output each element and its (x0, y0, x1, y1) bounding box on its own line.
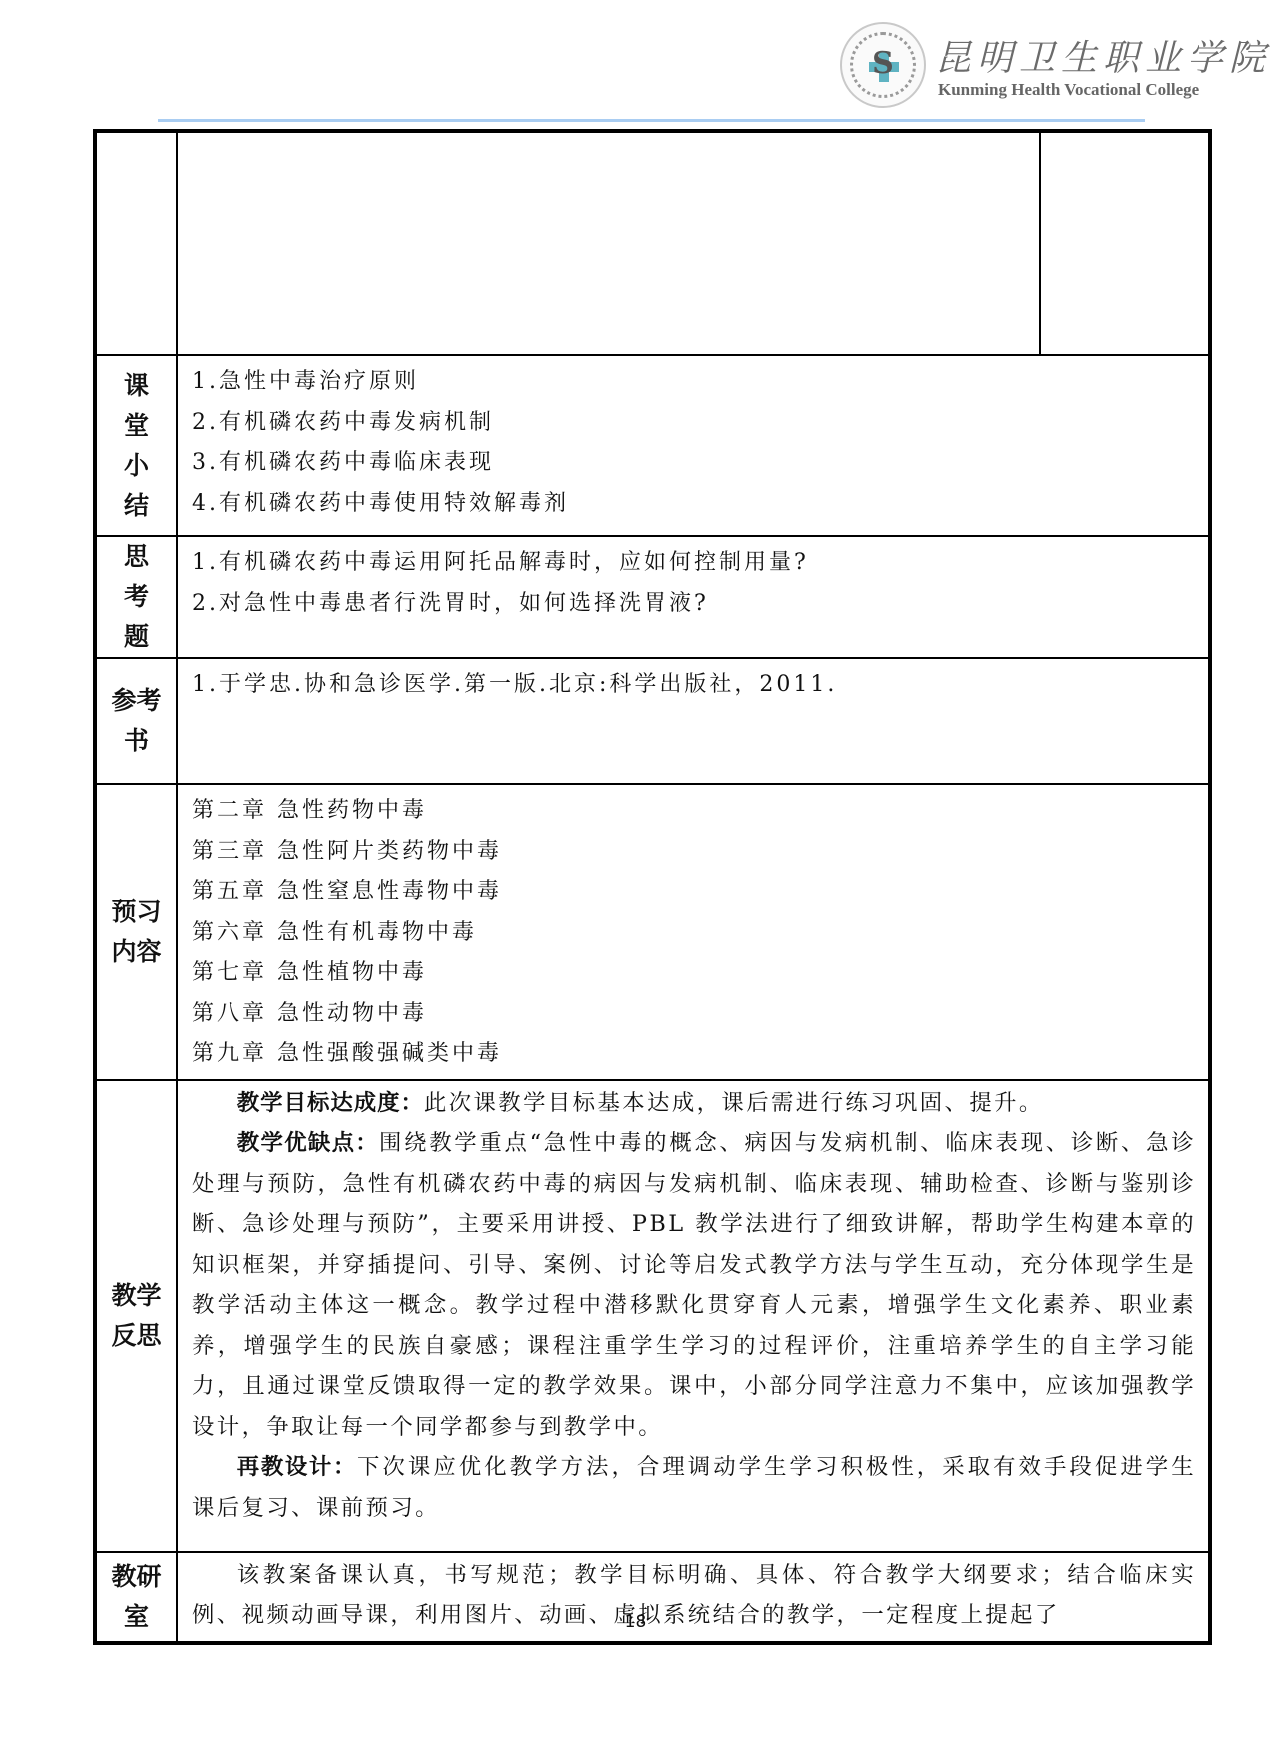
serpent-icon: S (842, 46, 924, 81)
table-row-preview: 预习 内容 第二章 急性药物中毒 第三章 急性阿片类药物中毒 第五章 急性窒息性… (95, 784, 1210, 1080)
paragraph-goal-achievement: 教学目标达成度：此次课教学目标基本达成，课后需进行练习巩固、提升。 (192, 1083, 1196, 1124)
row-content-summary: 1.急性中毒治疗原则 2.有机磷农药中毒发病机制 3.有机磷农药中毒临床表现 4… (177, 355, 1210, 536)
row-content-preview: 第二章 急性药物中毒 第三章 急性阿片类药物中毒 第五章 急性窒息性毒物中毒 第… (177, 784, 1210, 1080)
college-name-cn: 昆明卫生职业学院 (935, 30, 1271, 81)
list-item: 第九章 急性强酸强碱类中毒 (192, 1034, 1196, 1075)
table-row-reflection: 教学 反思 教学目标达成度：此次课教学目标基本达成，课后需进行练习巩固、提升。 … (95, 1080, 1210, 1552)
row-label-summary: 课 堂 小 结 (95, 355, 177, 536)
paragraph-strengths-weaknesses: 教学优缺点：围绕教学重点“急性中毒的概念、病因与发病机制、临床表现、诊断、急诊处… (192, 1123, 1196, 1447)
row-content-questions: 1.有机磷农药中毒运用阿托品解毒时，应如何控制用量? 2.对急性中毒患者行洗胃时… (177, 536, 1210, 658)
paragraph-heading: 教学目标达成度： (237, 1090, 424, 1116)
paragraph-heading: 再教设计： (237, 1454, 357, 1480)
row-content-reflection: 教学目标达成度：此次课教学目标基本达成，课后需进行练习巩固、提升。 教学优缺点：… (177, 1080, 1210, 1552)
college-name-en: Kunming Health Vocational College (938, 80, 1199, 100)
page-number: 18 (0, 1612, 1271, 1632)
college-emblem-icon: S (840, 22, 926, 108)
list-item: 2.有机磷农药中毒发病机制 (192, 403, 1196, 444)
row-label-questions: 思 考 题 (95, 536, 177, 658)
list-item: 1.于学忠.协和急诊医学.第一版.北京:科学出版社，2011. (192, 665, 1196, 706)
table-row-questions: 思 考 题 1.有机磷农药中毒运用阿托品解毒时，应如何控制用量? 2.对急性中毒… (95, 536, 1210, 658)
table-row-summary: 课 堂 小 结 1.急性中毒治疗原则 2.有机磷农药中毒发病机制 3.有机磷农药… (95, 355, 1210, 536)
list-item: 2.对急性中毒患者行洗胃时，如何选择洗胃液? (192, 584, 1196, 625)
list-item: 第二章 急性药物中毒 (192, 791, 1196, 832)
list-item: 第六章 急性有机毒物中毒 (192, 913, 1196, 954)
row-side-empty (1040, 131, 1210, 355)
list-item: 第八章 急性动物中毒 (192, 994, 1196, 1035)
row-content-empty (177, 131, 1040, 355)
header-divider (158, 119, 1145, 122)
row-label-reflection: 教学 反思 (95, 1080, 177, 1552)
table-row-continuation (95, 131, 1210, 355)
list-item: 第三章 急性阿片类药物中毒 (192, 832, 1196, 873)
row-content-references: 1.于学忠.协和急诊医学.第一版.北京:科学出版社，2011. (177, 658, 1210, 784)
lesson-plan-table: 课 堂 小 结 1.急性中毒治疗原则 2.有机磷农药中毒发病机制 3.有机磷农药… (93, 129, 1212, 1645)
row-label-preview: 预习 内容 (95, 784, 177, 1080)
paragraph-heading: 教学优缺点： (237, 1130, 379, 1156)
list-item: 1.急性中毒治疗原则 (192, 362, 1196, 403)
paragraph-redesign: 再教设计：下次课应优化教学方法，合理调动学生学习积极性，采取有效手段促进学生课后… (192, 1447, 1196, 1528)
row-label-references: 参考 书 (95, 658, 177, 784)
list-item: 第七章 急性植物中毒 (192, 953, 1196, 994)
list-item: 1.有机磷农药中毒运用阿托品解毒时，应如何控制用量? (192, 543, 1196, 584)
row-label-empty (95, 131, 177, 355)
list-item: 4.有机磷农药中毒使用特效解毒剂 (192, 484, 1196, 525)
page-header: S 昆明卫生职业学院 Kunming Health Vocational Col… (0, 0, 1271, 125)
list-item: 3.有机磷农药中毒临床表现 (192, 443, 1196, 484)
table-row-references: 参考 书 1.于学忠.协和急诊医学.第一版.北京:科学出版社，2011. (95, 658, 1210, 784)
list-item: 第五章 急性窒息性毒物中毒 (192, 872, 1196, 913)
